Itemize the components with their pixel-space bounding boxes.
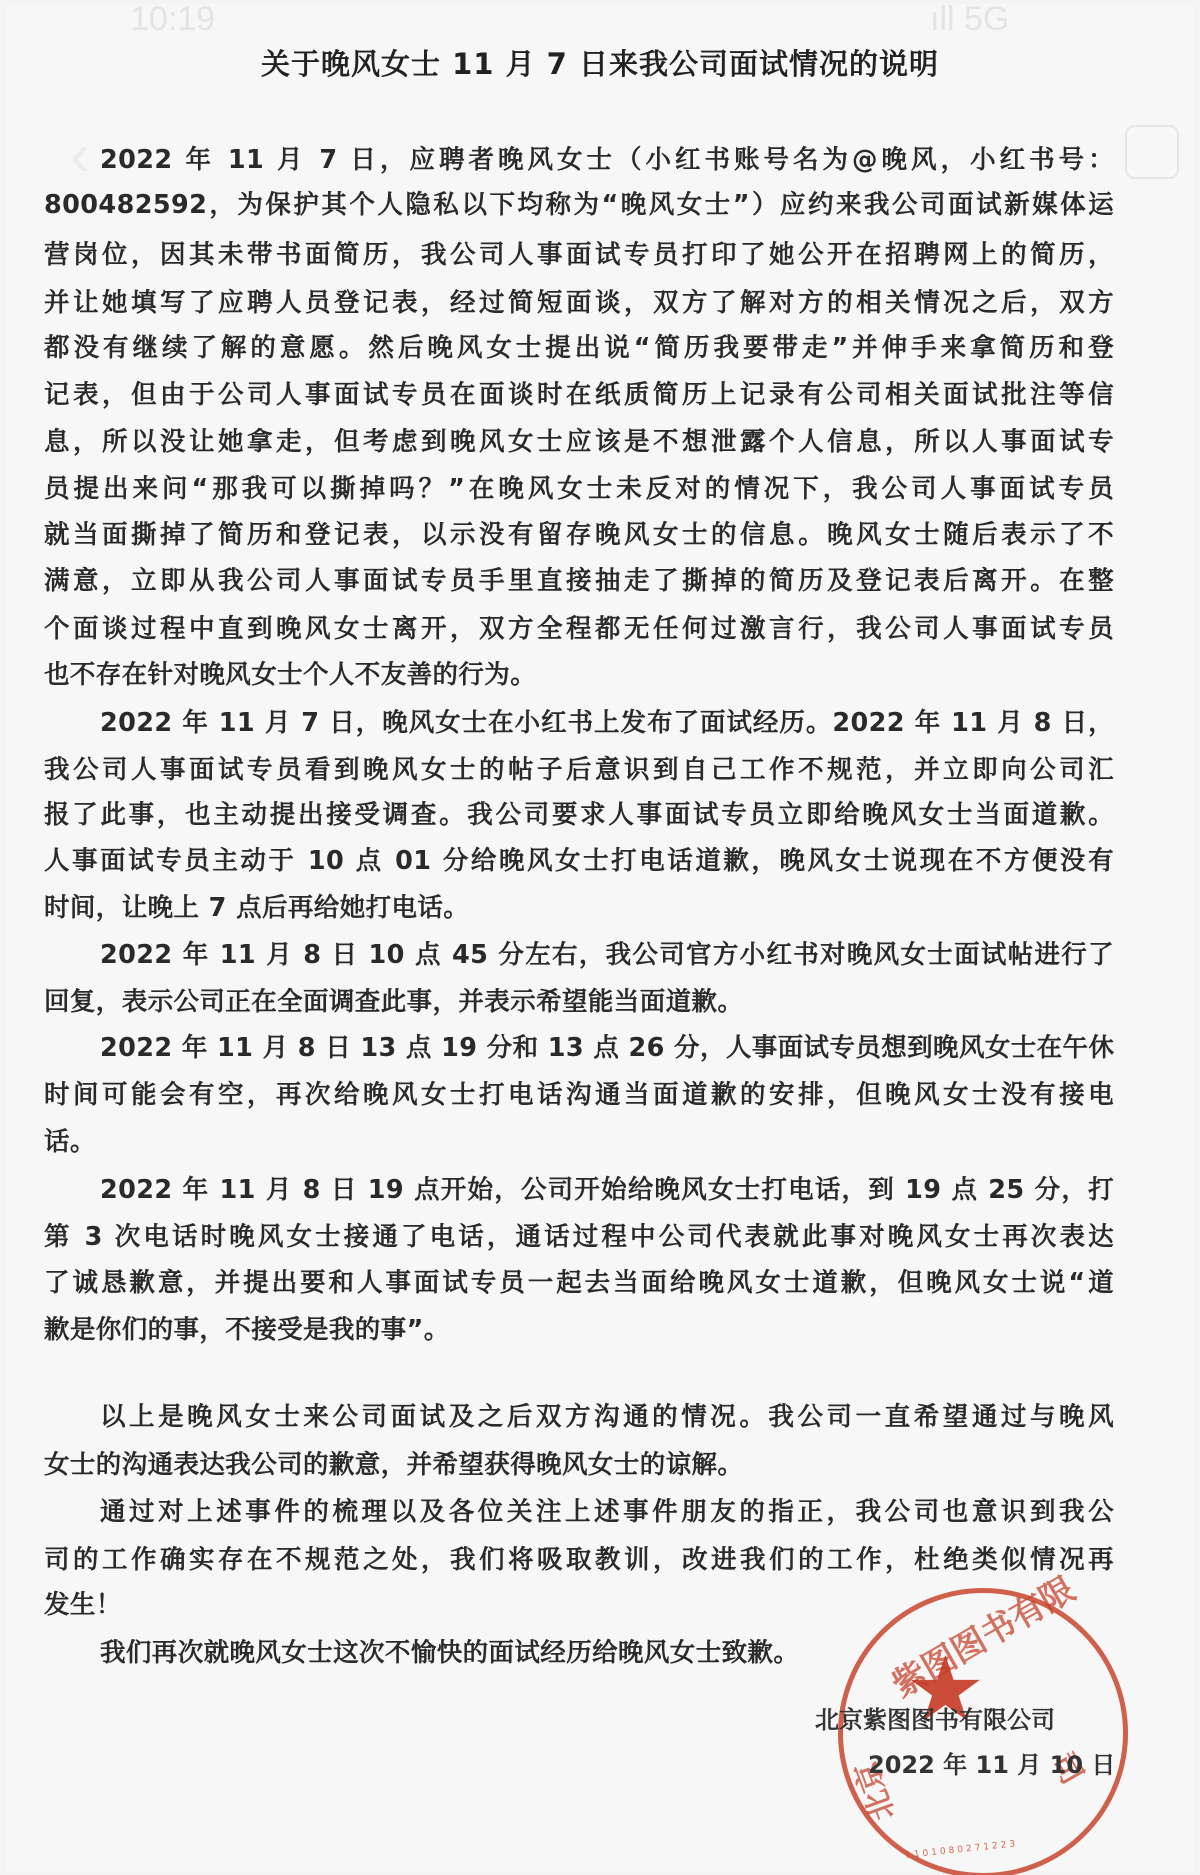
signature-date: 2022 年 11 月 10 日 — [868, 1745, 1115, 1780]
ghost-back-chevron-icon: ‹ — [70, 120, 90, 189]
body-text-line: 话。 — [44, 1127, 1114, 1157]
ghost-status-time: 10:19 — [130, 0, 215, 39]
body-text-line: 记表，但由于公司人事面试专员在面谈时在纸质简历上记录有公司相关面试批注等信 — [44, 380, 1114, 410]
body-text-line: 时间，让晚上 7 点后再给她打电话。 — [44, 893, 1114, 923]
body-text-line: 我公司人事面试专员看到晚风女士的帖子后意识到自己工作不规范，并立即向公司汇 — [44, 755, 1114, 785]
body-text-line: 了诚恳歉意，并提出要和人事面试专员一起去当面给晚风女士道歉，但晚风女士说“道 — [44, 1268, 1114, 1298]
body-text-line: 2022 年 11 月 8 日 13 点 19 分和 13 点 26 分，人事面… — [100, 1033, 1114, 1063]
body-text-line: 800482592，为保护其个人隐私以下均称为“晚风女士”）应约来我公司面试新媒… — [44, 190, 1114, 220]
body-text-line: 2022 年 11 月 8 日 19 点开始，公司开始给晚风女士打电话，到 19… — [100, 1175, 1114, 1205]
body-text-line: 通过对上述事件的梳理以及各位关注上述事件朋友的指正，我公司也意识到我公 — [100, 1497, 1114, 1527]
body-text-line: 2022 年 11 月 7 日，应聘者晚风女士（小红书账号名为@晚风，小红书号： — [100, 145, 1114, 175]
signature-company: 北京紫图图书有限公司 — [815, 1700, 1055, 1735]
body-text-line: 报了此事，也主动提出接受调查。我公司要求人事面试专员立即给晚风女士当面道歉。 — [44, 800, 1114, 830]
body-text-line: 歉是你们的事，不接受是我的事”。 — [44, 1315, 1114, 1345]
body-text-line: 营岗位，因其未带书面简历，我公司人事面试专员打印了她公开在招聘网上的简历， — [44, 240, 1114, 270]
body-text-line: 就当面撕掉了简历和登记表，以示没有留存晚风女士的信息。晚风女士随后表示了不 — [44, 520, 1114, 550]
body-text-line: 女士的沟通表达我公司的歉意，并希望获得晚风女士的谅解。 — [44, 1450, 1114, 1480]
body-text-line: 司的工作确实存在不规范之处，我们将吸取教训，改进我们的工作，杜绝类似情况再 — [44, 1545, 1114, 1575]
body-text-line: 也不存在针对晚风女士个人不友善的行为。 — [44, 660, 1114, 690]
body-text-line: 都没有继续了解的意愿。然后晚风女士提出说“简历我要带走”并伸手来拿简历和登 — [44, 333, 1114, 363]
body-text-line: 时间可能会有空，再次给晚风女士打电话沟通当面道歉的安排，但晚风女士没有接电 — [44, 1080, 1114, 1110]
body-text-line: 2022 年 11 月 8 日 10 点 45 分左右，我公司官方小红书对晚风女… — [100, 940, 1114, 970]
body-text-line: 2022 年 11 月 7 日，晚风女士在小红书上发布了面试经历。2022 年 … — [100, 708, 1114, 738]
body-text-line: 回复，表示公司正在全面调查此事，并表示希望能当面道歉。 — [44, 987, 1114, 1017]
ghost-signal-icon: ıll 5G — [930, 0, 1009, 39]
body-text-line: 以上是晚风女士来公司面试及之后双方沟通的情况。我公司一直希望通过与晚风 — [100, 1402, 1114, 1432]
ghost-share-icon — [1125, 125, 1179, 179]
document-title: 关于晚风女士 11 月 7 日来我公司面试情况的说明 — [0, 42, 1200, 83]
body-text-line: 并让她填写了应聘人员登记表，经过简短面谈，双方了解对方的相关情况之后，双方 — [44, 288, 1114, 318]
body-text-line: 人事面试专员主动于 10 点 01 分给晚风女士打电话道歉，晚风女士说现在不方便… — [44, 846, 1114, 876]
body-text-line: 员提出来问“那我可以撕掉吗？”在晚风女士未反对的情况下，我公司人事面试专员 — [44, 474, 1114, 504]
body-text-line: 个面谈过程中直到晚风女士离开，双方全程都无任何过激言行，我公司人事面试专员 — [44, 614, 1114, 644]
body-text-line: 满意，立即从我公司人事面试专员手里直接抽走了撕掉的简历及登记表后离开。在整 — [44, 566, 1114, 596]
body-text-line: 息，所以没让她拿走，但考虑到晚风女士应该是不想泄露个人信息，所以人事面试专 — [44, 427, 1114, 457]
body-text-line: 第 3 次电话时晚风女士接通了电话，通话过程中公司代表就此事对晚风女士再次表达 — [44, 1222, 1114, 1252]
